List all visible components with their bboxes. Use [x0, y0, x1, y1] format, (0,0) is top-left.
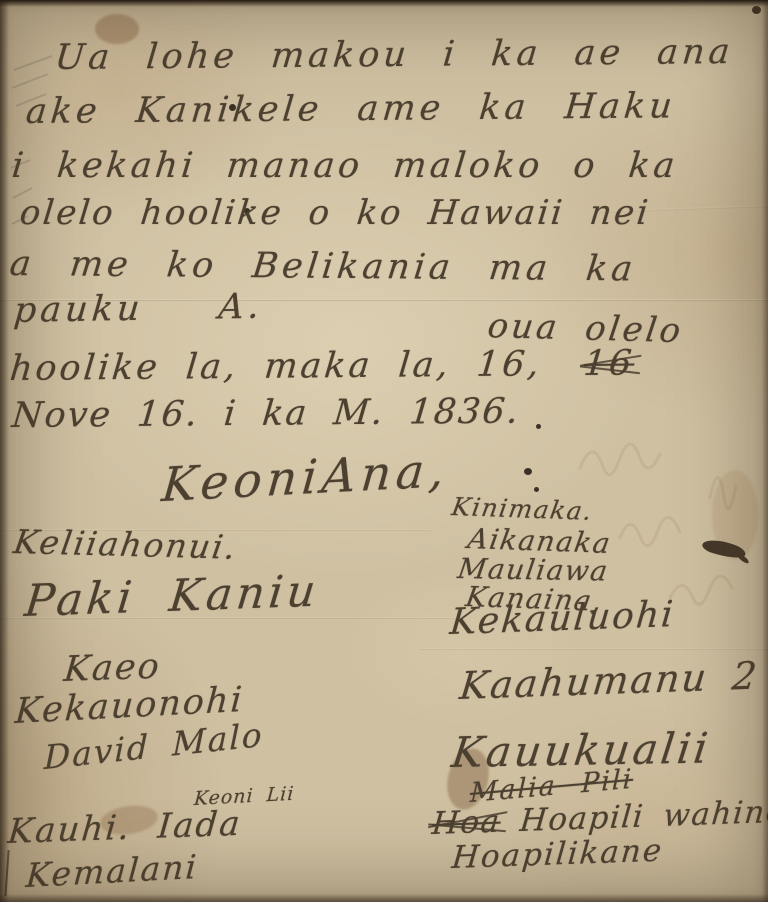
manuscript-line-1: Ua lohe makou i ka ae ana [53, 32, 735, 78]
manuscript-line-3: i kekahi manao maloko o ka [10, 146, 680, 186]
manuscript-line-7: hoolike la, maka la, 16, 16 [8, 344, 636, 389]
ink-dot [524, 468, 532, 475]
signature-kinimaka: Kinimaka. [450, 492, 595, 526]
ink-dot [534, 487, 539, 492]
signature-paki-kaniu: Paki Kaniu [22, 566, 322, 627]
signature-kaeo: Kaeo [62, 647, 162, 691]
signature-kauhi-iada: Kauhi. Iada [6, 804, 243, 852]
struck-out-prefix: Hoa [430, 804, 502, 843]
signature-keliiahonui: Keliiahonui. [11, 522, 240, 567]
manuscript-line-7-text: hoolike la, maka la, 16, [8, 344, 544, 389]
struck-out-number: 16 [582, 344, 636, 384]
ink-dot [752, 6, 761, 14]
signature-hoapilikane: Hoapilikane [450, 833, 664, 877]
signature-kekauluohi: Kekauluohi [448, 594, 676, 643]
ink-dot [536, 424, 541, 429]
manuscript-line-4: olelo hoolike o ko Hawaii nei [18, 193, 652, 233]
manuscript-line-8: Nove 16. i ka M. 1836. [10, 392, 522, 436]
manuscript-line-6-left: pauku A. [12, 287, 265, 331]
manuscript-line-2: ake Kanikele ame ka Haku [24, 86, 678, 132]
manuscript-photo: Ua lohe makou i ka ae ana ake Kanikele a… [0, 0, 768, 902]
manuscript-line-5: a me ko Belikania ma ka [8, 244, 639, 289]
